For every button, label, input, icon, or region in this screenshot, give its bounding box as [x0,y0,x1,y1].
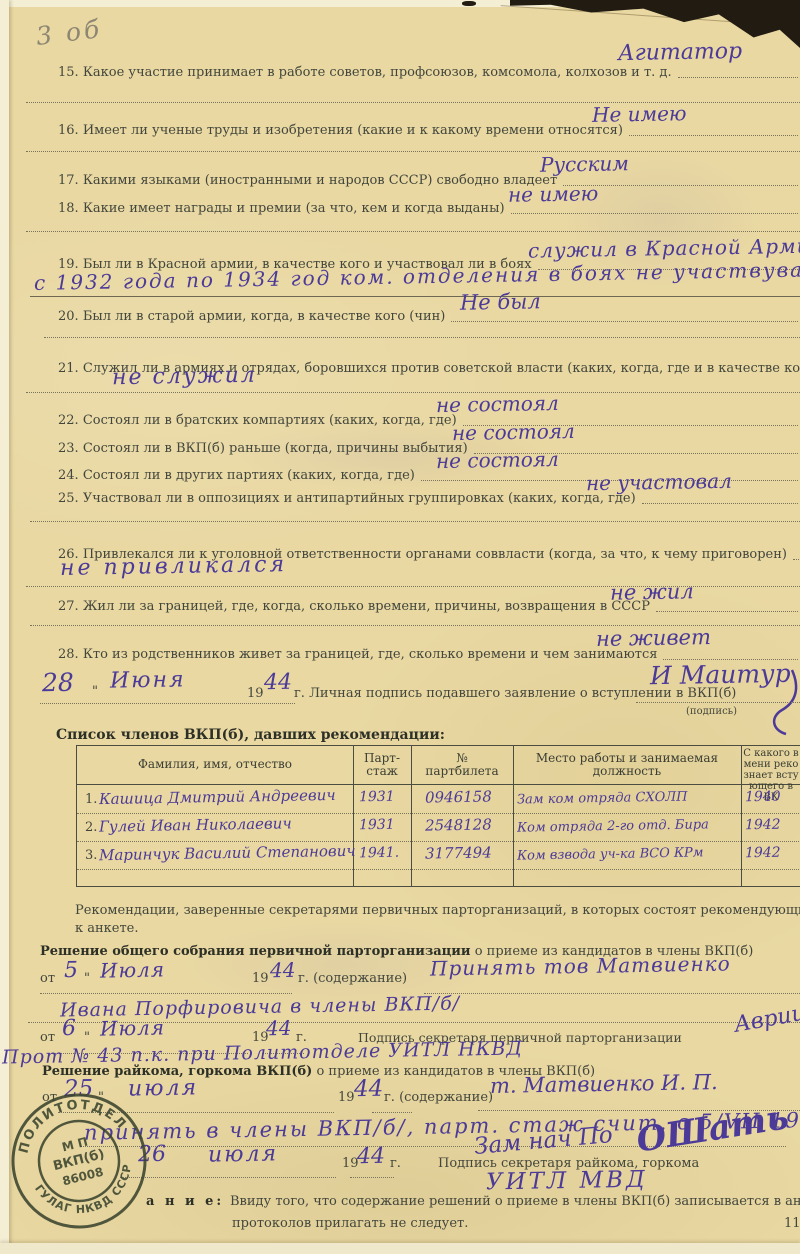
form-line [40,993,292,994]
handwritten-answer-22: не состоял [436,393,559,415]
ot-label: от [40,971,55,986]
handwritten-answer-25: не участовал [586,471,732,494]
handwritten-answer-24: не состоял [436,449,559,471]
question-label: Состоял ли в других партиях (каких, когд… [83,468,415,483]
handwritten-answer-21: не служил [112,365,257,390]
ot-label: от [40,1030,55,1045]
question-label: Состоял ли в братских компартиях (каких,… [83,413,457,428]
dotted-leader [629,135,798,136]
recommender-ticket: 0946158 [425,789,492,805]
recommender-work: Ком взвода уч-ка ВСО КРм [517,846,704,862]
form-line [372,1112,412,1113]
row-number: 2. [85,820,97,835]
question-number: 22. [58,413,79,428]
dotted-leader [511,213,798,214]
handwritten-answer-15: Агитатор [618,41,742,65]
question-label: Какими языками (иностранными и народов С… [83,173,557,188]
handwritten-answer-17: Русским [540,153,629,175]
question-number: 28. [58,647,79,662]
handwritten-month: Июля [100,1017,165,1038]
recommender-since: 1942 [745,818,781,833]
content-label: г. (содержание) [298,971,407,986]
question-number: 15. [58,65,79,80]
table-row-line [77,841,800,842]
dotted-leader [678,77,798,78]
footnote-line2: протоколов прилагать не следует. [232,1216,468,1231]
form-line [350,1177,394,1178]
handwritten-month: Июня [110,669,186,692]
question-number: 24. [58,468,79,483]
dotted-leader [563,185,798,186]
recommender-name: Маринчук Василий Степанович [99,844,356,863]
form-line [44,337,800,338]
question-number: 17. [58,173,79,188]
recommenders-title: Список членов ВКП(б), давших рекомендаци… [56,727,445,743]
form-question-18: 18. Какие имеет награды и премии (за что… [58,196,798,216]
decision2-handwritten-line1: т. Матвиенко И. П. [490,1072,718,1097]
decision1-heading-bold: Решение общего собрания первичной партор… [40,944,471,959]
form-question-22: 22. Состоял ли в братских компартиях (ка… [58,408,798,428]
question-label: Был ли в старой армии, когда, в качестве… [83,309,446,324]
question-label: Какие имеет награды и премии (за что, ке… [83,201,505,216]
column-header-stazh: Парт- стаж [353,752,411,778]
form-line [636,702,800,703]
quote-mark: " [92,684,98,699]
recommender-name: Гулей Иван Николаевич [99,816,292,834]
handwritten-year: 44 [357,1146,385,1168]
handwritten-year: 44 [264,672,292,694]
dotted-leader [656,611,798,612]
handwritten-day: 28 [42,670,74,696]
form-line [30,296,800,297]
question-number: 18. [58,201,79,216]
handwritten-month: Июля [100,959,165,980]
year-prefix: 19 [338,1090,355,1105]
signature-caption: (подпись) [686,706,737,717]
secretary-signature: ОШать [634,1100,791,1158]
signature-flourish [742,668,800,740]
recommender-stazh: 1941. [359,846,399,861]
recommendations-note-line2: к анкете. [75,921,139,936]
column-header-ticket: № партбилета [411,752,513,778]
form-line [26,231,800,232]
recommender-stazh: 1931 [359,790,395,805]
question-number: 27. [58,599,79,614]
row-number: 1. [85,792,97,807]
footnote-line1: Ввиду того, что содержание решений о при… [230,1194,800,1209]
table-row-line [77,869,800,870]
handwritten-year: 44 [266,1018,292,1038]
handwritten-year: 44 [354,1078,384,1102]
quote-mark: " [84,1030,90,1045]
scan-edge-bottom [0,1243,800,1254]
recommender-work: Ком отряда 2-го отд. Бира [517,818,709,834]
page-number: 11 [784,1216,800,1231]
form-question-23: 23. Состоял ли в ВКП(б) раньше (когда, п… [58,436,798,456]
handwritten-answer-28: не живет [596,627,711,650]
handwritten-year: 44 [270,960,296,980]
page-corner-note: 3 об [34,14,103,51]
handwritten-answer-23: не состоял [452,421,575,443]
question-label: Кто из родственников живет за границей, … [83,647,658,662]
paper-speck [462,1,476,6]
form-question-17: 17. Какими языками (иностранными и народ… [58,168,798,188]
content-label: г. (содержание) [384,1090,493,1105]
form-question-20: 20. Был ли в старой армии, когда, в каче… [58,304,798,324]
question-label: Участвовал ли в оппозициях и антипартийн… [83,491,636,506]
handwritten-day: 5 [64,960,78,982]
recommenders-table: Фамилия, имя, отчество Парт- стаж № парт… [76,745,800,887]
question-number: 21. [58,361,79,376]
question-number: 16. [58,123,79,138]
recommender-ticket: 2548128 [425,817,492,833]
question-number: 20. [58,309,79,324]
question-label: Какое участие принимает в работе советов… [83,65,672,80]
recommender-stazh: 1931 [359,818,395,833]
question-label: Имеет ли ученые труды и изобретения (как… [83,123,623,138]
question-number: 23. [58,441,79,456]
handwritten-day: 6 [62,1018,76,1040]
question-label: Состоял ли в ВКП(б) раньше (когда, причи… [83,441,468,456]
handwritten-unit: УИТЛ МВД [486,1169,648,1195]
form-line [30,521,800,522]
form-line [26,392,800,393]
questionnaire-page: 3 об 15. Какое участие принимает в работ… [0,0,800,1254]
secretary-signature: Аврищ [733,1001,800,1037]
column-header-name: Фамилия, имя, отчество [77,758,353,771]
column-header-work: Место работы и занимаемая должность [513,752,741,778]
recommender-since: 1940 [745,790,781,805]
handwritten-month: июля [128,1077,198,1100]
form-line [26,151,800,152]
handwritten-answer-16: Не имею [592,103,687,125]
handwritten-answer-26: не привликался [60,554,287,580]
year-prefix: 19 [247,686,264,701]
question-number: 25. [58,491,79,506]
recommender-since: 1942 [745,846,781,861]
question-label: Жил ли за границей, где, когда, сколько … [83,599,650,614]
recommender-work: Зам ком отряда СХОЛП [517,791,688,807]
recommender-ticket: 3177494 [425,845,492,861]
year-prefix: 19 [252,971,269,986]
handwritten-answer-20: Не был [460,291,541,313]
recommendations-note-line1: Рекомендации, заверенные секретарями пер… [75,903,800,918]
decision1-handwritten-line1: Принять тов Матвиенко [430,953,731,978]
handwritten-month: июля [208,1143,278,1166]
g-label: г. [390,1156,401,1171]
table-border [77,784,800,785]
handwritten-answer-18: не имею [508,183,599,205]
row-number: 3. [85,848,97,863]
dotted-leader [642,503,798,504]
handwritten-answer-27: не жил [610,581,694,603]
dotted-leader [793,559,800,560]
recommender-name: Кашица Дмитрий Андреевич [99,788,336,807]
table-row-line [77,813,800,814]
form-line [40,703,295,704]
dotted-leader [451,321,798,322]
handwritten-answer-19a: служил в Красной Армии [528,235,800,260]
quote-mark: " [84,971,90,986]
form-line [424,993,800,994]
